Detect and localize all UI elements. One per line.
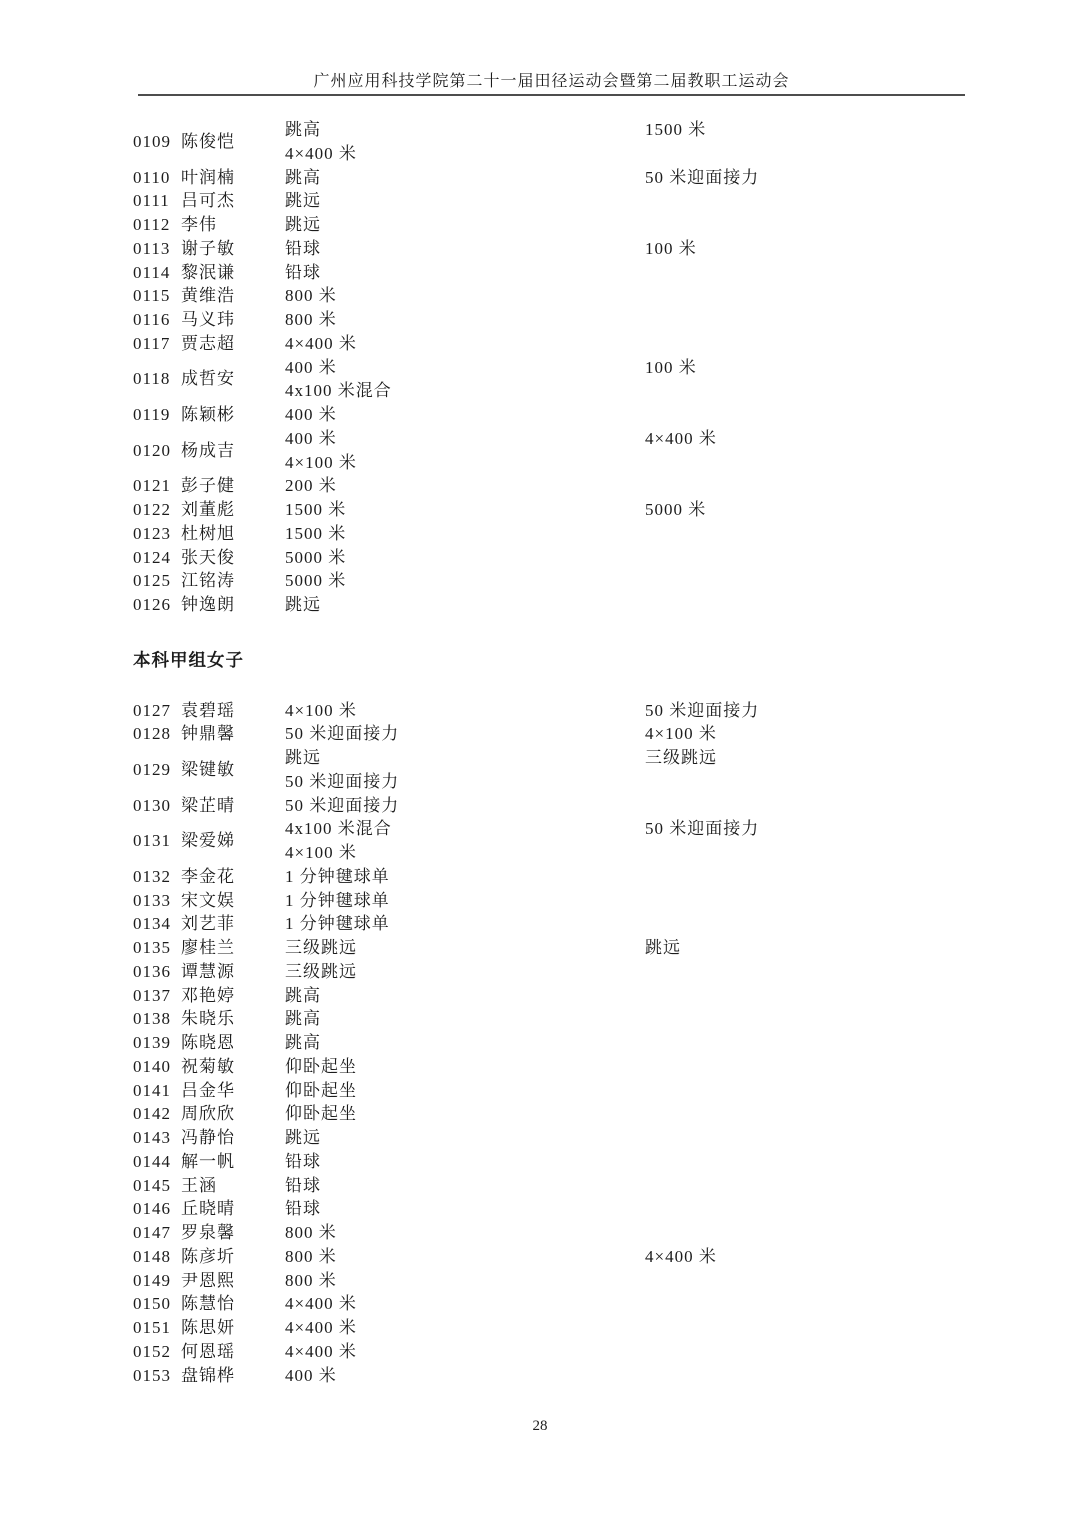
athlete-id: 0113: [133, 237, 181, 261]
athlete-extra-event: 4×100 米: [645, 722, 965, 746]
event-entry: 50 米迎面接力: [285, 794, 645, 818]
athlete-events: 铅球: [285, 237, 645, 261]
athlete-events: 跳远: [285, 213, 645, 237]
athlete-events: 跳远: [285, 1126, 645, 1150]
athlete-name: 马义玮: [181, 308, 285, 332]
event-entry: 800 米: [285, 308, 645, 332]
event-entry: 4×100 米: [285, 699, 645, 723]
athlete-extra-event: 1500 米: [645, 118, 965, 142]
roster-row: 0139 陈晓恩 跳高: [133, 1031, 965, 1055]
athlete-id: 0122: [133, 498, 181, 522]
athlete-extra-event: 50 米迎面接力: [645, 817, 965, 841]
athlete-id: 0123: [133, 522, 181, 546]
athlete-name: 周欣欣: [181, 1102, 285, 1126]
event-entry: 三级跳远: [285, 960, 645, 984]
athlete-events: 铅球: [285, 261, 645, 285]
athlete-id: 0150: [133, 1292, 181, 1316]
athlete-name: 陈晓恩: [181, 1031, 285, 1055]
athlete-id: 0141: [133, 1079, 181, 1103]
roster-row: 0124 张天俊 5000 米: [133, 546, 965, 570]
athlete-id: 0143: [133, 1126, 181, 1150]
athlete-events: 50 米迎面接力: [285, 794, 645, 818]
athlete-extra-event: 5000 米: [645, 498, 965, 522]
roster-row: 0147 罗泉馨 800 米: [133, 1221, 965, 1245]
athlete-id: 0120: [133, 439, 181, 463]
athlete-extra-event: 4×400 米: [645, 427, 965, 451]
roster-row: 0131 梁爱娣 4x100 米混合4×100 米 50 米迎面接力: [133, 817, 965, 865]
roster-row: 0135 廖桂兰 三级跳远 跳远: [133, 936, 965, 960]
event-entry: 跳高: [285, 1031, 645, 1055]
event-entry: 400 米: [285, 403, 645, 427]
roster-row: 0114 黎泯谦 铅球: [133, 261, 965, 285]
roster-row: 0146 丘晓晴 铅球: [133, 1197, 965, 1221]
roster-row: 0143 冯静怡 跳远: [133, 1126, 965, 1150]
roster-row: 0121 彭子健 200 米: [133, 474, 965, 498]
roster-row: 0129 梁键敏 跳远50 米迎面接力 三级跳远: [133, 746, 965, 794]
athlete-events: 50 米迎面接力: [285, 722, 645, 746]
event-entry: 1 分钟毽球单: [285, 889, 645, 913]
roster-row: 0141 吕金华 仰卧起坐: [133, 1079, 965, 1103]
event-entry: 1 分钟毽球单: [285, 912, 645, 936]
event-entry: 跳高: [285, 1007, 645, 1031]
event-entry: 4x100 米混合: [285, 817, 645, 841]
event-entry: 50 米迎面接力: [285, 722, 645, 746]
athlete-events: 跳高4×400 米: [285, 118, 645, 166]
athlete-events: 1500 米: [285, 522, 645, 546]
athlete-events: 三级跳远: [285, 960, 645, 984]
athlete-id: 0125: [133, 569, 181, 593]
event-entry: 50 米迎面接力: [285, 770, 645, 794]
event-entry: 800 米: [285, 1269, 645, 1293]
athlete-extra-event: 三级跳远: [645, 746, 965, 770]
athlete-events: 400 米4×100 米: [285, 427, 645, 475]
roster-row: 0111 吕可杰 跳远: [133, 189, 965, 213]
athlete-id: 0132: [133, 865, 181, 889]
roster-row: 0123 杜树旭 1500 米: [133, 522, 965, 546]
athlete-events: 5000 米: [285, 546, 645, 570]
roster-row: 0122 刘董彪 1500 米 5000 米: [133, 498, 965, 522]
athlete-id: 0124: [133, 546, 181, 570]
event-entry: 铅球: [285, 237, 645, 261]
athlete-id: 0152: [133, 1340, 181, 1364]
athlete-id: 0149: [133, 1269, 181, 1293]
header-rule: [138, 94, 965, 96]
athlete-name: 王涵: [181, 1174, 285, 1198]
athlete-events: 200 米: [285, 474, 645, 498]
roster-row: 0112 李伟 跳远: [133, 213, 965, 237]
athlete-events: 三级跳远: [285, 936, 645, 960]
athlete-id: 0110: [133, 166, 181, 190]
athlete-events: 800 米: [285, 1269, 645, 1293]
page-number: 28: [0, 1418, 1080, 1435]
athlete-name: 陈俊恺: [181, 130, 285, 154]
athlete-events: 4×400 米: [285, 1316, 645, 1340]
athlete-name: 罗泉馨: [181, 1221, 285, 1245]
athlete-extra-event: 4×400 米: [645, 1245, 965, 1269]
athlete-extra-event: 50 米迎面接力: [645, 166, 965, 190]
athlete-events: 400 米4x100 米混合: [285, 356, 645, 404]
athlete-events: 跳远50 米迎面接力: [285, 746, 645, 794]
athlete-name: 尹恩熙: [181, 1269, 285, 1293]
athlete-name: 李金花: [181, 865, 285, 889]
event-entry: 跳高: [285, 166, 645, 190]
athlete-events: 铅球: [285, 1150, 645, 1174]
event-entry: 4x100 米混合: [285, 379, 645, 403]
event-entry: 铅球: [285, 1197, 645, 1221]
athlete-name: 李伟: [181, 213, 285, 237]
athlete-name: 叶润楠: [181, 166, 285, 190]
event-entry: 4×400 米: [285, 1340, 645, 1364]
roster-row: 0153 盘锦桦 400 米: [133, 1364, 965, 1388]
athlete-name: 张天俊: [181, 546, 285, 570]
athlete-id: 0138: [133, 1007, 181, 1031]
roster-row: 0132 李金花 1 分钟毽球单: [133, 865, 965, 889]
roster-row: 0126 钟逸朗 跳远: [133, 593, 965, 617]
document-page: 广州应用科技学院第二十一届田径运动会暨第二届教职工运动会 0109 陈俊恺 跳高…: [0, 0, 1080, 1515]
athlete-name: 刘艺菲: [181, 912, 285, 936]
roster-row: 0136 谭慧源 三级跳远: [133, 960, 965, 984]
event-entry: 跳远: [285, 213, 645, 237]
roster-row: 0109 陈俊恺 跳高4×400 米 1500 米: [133, 118, 965, 166]
roster-row: 0130 梁芷晴 50 米迎面接力: [133, 794, 965, 818]
event-entry: 5000 米: [285, 569, 645, 593]
event-entry: 4×400 米: [285, 1292, 645, 1316]
athlete-name: 黎泯谦: [181, 261, 285, 285]
roster-row: 0120 杨成吉 400 米4×100 米 4×400 米: [133, 427, 965, 475]
event-entry: 4×100 米: [285, 841, 645, 865]
athlete-name: 陈慧怡: [181, 1292, 285, 1316]
athlete-name: 袁碧瑶: [181, 699, 285, 723]
athlete-name: 江铭涛: [181, 569, 285, 593]
athlete-name: 杨成吉: [181, 439, 285, 463]
athlete-events: 跳高: [285, 1007, 645, 1031]
athlete-name: 梁芷晴: [181, 794, 285, 818]
athlete-name: 吕可杰: [181, 189, 285, 213]
athlete-id: 0147: [133, 1221, 181, 1245]
athlete-id: 0121: [133, 474, 181, 498]
event-entry: 4×100 米: [285, 451, 645, 475]
athlete-roster: 0109 陈俊恺 跳高4×400 米 1500 米 0110 叶润楠 跳高 50…: [133, 118, 965, 1387]
athlete-name: 丘晓晴: [181, 1197, 285, 1221]
athlete-id: 0139: [133, 1031, 181, 1055]
athlete-events: 4×400 米: [285, 1340, 645, 1364]
event-entry: 4×400 米: [285, 142, 645, 166]
roster-row: 0137 邓艳婷 跳高: [133, 984, 965, 1008]
roster-row: 0151 陈思妍 4×400 米: [133, 1316, 965, 1340]
athlete-events: 5000 米: [285, 569, 645, 593]
athlete-name: 陈颖彬: [181, 403, 285, 427]
athlete-id: 0116: [133, 308, 181, 332]
event-entry: 400 米: [285, 427, 645, 451]
athlete-events: 仰卧起坐: [285, 1055, 645, 1079]
event-entry: 跳远: [285, 1126, 645, 1150]
athlete-events: 跳高: [285, 166, 645, 190]
athlete-name: 谭慧源: [181, 960, 285, 984]
roster-row: 0144 解一帆 铅球: [133, 1150, 965, 1174]
event-entry: 200 米: [285, 474, 645, 498]
roster-row: 0148 陈彦圻 800 米 4×400 米: [133, 1245, 965, 1269]
athlete-id: 0135: [133, 936, 181, 960]
athlete-id: 0118: [133, 367, 181, 391]
roster-row: 0128 钟鼎馨 50 米迎面接力 4×100 米: [133, 722, 965, 746]
athlete-id: 0117: [133, 332, 181, 356]
event-entry: 5000 米: [285, 546, 645, 570]
athlete-name: 解一帆: [181, 1150, 285, 1174]
page-header-title: 广州应用科技学院第二十一届田径运动会暨第二届教职工运动会: [138, 68, 965, 91]
roster-row: 0149 尹恩熙 800 米: [133, 1269, 965, 1293]
athlete-events: 4x100 米混合4×100 米: [285, 817, 645, 865]
event-entry: 跳远: [285, 189, 645, 213]
event-entry: 仰卧起坐: [285, 1055, 645, 1079]
athlete-id: 0131: [133, 829, 181, 853]
athlete-events: 1500 米: [285, 498, 645, 522]
athlete-name: 黄维浩: [181, 284, 285, 308]
athlete-extra-event: 跳远: [645, 936, 965, 960]
athlete-events: 跳高: [285, 984, 645, 1008]
event-entry: 1500 米: [285, 522, 645, 546]
athlete-name: 贾志超: [181, 332, 285, 356]
event-entry: 仰卧起坐: [285, 1079, 645, 1103]
roster-row: 0133 宋文娱 1 分钟毽球单: [133, 889, 965, 913]
roster-row: 0138 朱晓乐 跳高: [133, 1007, 965, 1031]
athlete-name: 钟鼎馨: [181, 722, 285, 746]
athlete-name: 邓艳婷: [181, 984, 285, 1008]
roster-row: 0150 陈慧怡 4×400 米: [133, 1292, 965, 1316]
event-entry: 4×400 米: [285, 1316, 645, 1340]
athlete-name: 廖桂兰: [181, 936, 285, 960]
athlete-events: 400 米: [285, 1364, 645, 1388]
roster-row: 0152 何恩瑶 4×400 米: [133, 1340, 965, 1364]
athlete-id: 0126: [133, 593, 181, 617]
athlete-events: 400 米: [285, 403, 645, 427]
roster-row: 0115 黄维浩 800 米: [133, 284, 965, 308]
athlete-id: 0134: [133, 912, 181, 936]
athlete-name: 宋文娱: [181, 889, 285, 913]
event-entry: 铅球: [285, 261, 645, 285]
athlete-id: 0144: [133, 1150, 181, 1174]
athlete-events: 仰卧起坐: [285, 1102, 645, 1126]
athlete-name: 朱晓乐: [181, 1007, 285, 1031]
athlete-id: 0130: [133, 794, 181, 818]
athlete-id: 0153: [133, 1364, 181, 1388]
athlete-name: 祝菊敏: [181, 1055, 285, 1079]
athlete-events: 仰卧起坐: [285, 1079, 645, 1103]
athlete-events: 1 分钟毽球单: [285, 912, 645, 936]
athlete-id: 0127: [133, 699, 181, 723]
event-entry: 1 分钟毽球单: [285, 865, 645, 889]
athlete-extra-event: 100 米: [645, 356, 965, 380]
athlete-events: 800 米: [285, 308, 645, 332]
roster-row: 0117 贾志超 4×400 米: [133, 332, 965, 356]
event-entry: 400 米: [285, 1364, 645, 1388]
athlete-name: 盘锦桦: [181, 1364, 285, 1388]
event-entry: 800 米: [285, 284, 645, 308]
athlete-id: 0142: [133, 1102, 181, 1126]
athlete-events: 1 分钟毽球单: [285, 865, 645, 889]
athlete-name: 刘董彪: [181, 498, 285, 522]
athlete-id: 0133: [133, 889, 181, 913]
athlete-id: 0145: [133, 1174, 181, 1198]
roster-row: 0116 马义玮 800 米: [133, 308, 965, 332]
athlete-name: 成哲安: [181, 367, 285, 391]
roster-row: 0119 陈颖彬 400 米: [133, 403, 965, 427]
event-entry: 400 米: [285, 356, 645, 380]
event-entry: 800 米: [285, 1245, 645, 1269]
athlete-id: 0114: [133, 261, 181, 285]
section-title: 本科甲组女子: [133, 649, 965, 673]
athlete-id: 0119: [133, 403, 181, 427]
roster-row: 0118 成哲安 400 米4x100 米混合 100 米: [133, 356, 965, 404]
athlete-id: 0115: [133, 284, 181, 308]
athlete-events: 铅球: [285, 1174, 645, 1198]
roster-row: 0142 周欣欣 仰卧起坐: [133, 1102, 965, 1126]
athlete-id: 0109: [133, 130, 181, 154]
event-entry: 跳高: [285, 984, 645, 1008]
athlete-name: 谢子敏: [181, 237, 285, 261]
athlete-events: 800 米: [285, 1245, 645, 1269]
athlete-events: 4×100 米: [285, 699, 645, 723]
athlete-id: 0128: [133, 722, 181, 746]
event-entry: 三级跳远: [285, 936, 645, 960]
athlete-name: 陈彦圻: [181, 1245, 285, 1269]
athlete-id: 0112: [133, 213, 181, 237]
athlete-name: 钟逸朗: [181, 593, 285, 617]
athlete-name: 何恩瑶: [181, 1340, 285, 1364]
athlete-id: 0136: [133, 960, 181, 984]
roster-row: 0145 王涵 铅球: [133, 1174, 965, 1198]
athlete-name: 彭子健: [181, 474, 285, 498]
event-entry: 仰卧起坐: [285, 1102, 645, 1126]
event-entry: 铅球: [285, 1174, 645, 1198]
roster-row: 0110 叶润楠 跳高 50 米迎面接力: [133, 166, 965, 190]
athlete-events: 4×400 米: [285, 332, 645, 356]
athlete-name: 吕金华: [181, 1079, 285, 1103]
athlete-name: 冯静怡: [181, 1126, 285, 1150]
roster-row: 0125 江铭涛 5000 米: [133, 569, 965, 593]
athlete-id: 0151: [133, 1316, 181, 1340]
event-entry: 跳远: [285, 593, 645, 617]
event-entry: 4×400 米: [285, 332, 645, 356]
event-entry: 跳高: [285, 118, 645, 142]
event-entry: 跳远: [285, 746, 645, 770]
athlete-events: 铅球: [285, 1197, 645, 1221]
athlete-events: 4×400 米: [285, 1292, 645, 1316]
roster-row: 0134 刘艺菲 1 分钟毽球单: [133, 912, 965, 936]
athlete-name: 陈思妍: [181, 1316, 285, 1340]
athlete-extra-event: 100 米: [645, 237, 965, 261]
athlete-extra-event: 50 米迎面接力: [645, 699, 965, 723]
athlete-name: 杜树旭: [181, 522, 285, 546]
athlete-events: 跳远: [285, 189, 645, 213]
athlete-events: 800 米: [285, 284, 645, 308]
roster-row: 0113 谢子敏 铅球 100 米: [133, 237, 965, 261]
athlete-events: 跳远: [285, 593, 645, 617]
roster-row: 0140 祝菊敏 仰卧起坐: [133, 1055, 965, 1079]
athlete-name: 梁爱娣: [181, 829, 285, 853]
roster-row: 0127 袁碧瑶 4×100 米 50 米迎面接力: [133, 699, 965, 723]
athlete-name: 梁键敏: [181, 758, 285, 782]
athlete-id: 0129: [133, 758, 181, 782]
event-entry: 800 米: [285, 1221, 645, 1245]
athlete-events: 800 米: [285, 1221, 645, 1245]
athlete-events: 跳高: [285, 1031, 645, 1055]
athlete-id: 0148: [133, 1245, 181, 1269]
event-entry: 铅球: [285, 1150, 645, 1174]
athlete-id: 0137: [133, 984, 181, 1008]
athlete-events: 1 分钟毽球单: [285, 889, 645, 913]
event-entry: 1500 米: [285, 498, 645, 522]
athlete-id: 0111: [133, 189, 181, 213]
athlete-id: 0140: [133, 1055, 181, 1079]
athlete-id: 0146: [133, 1197, 181, 1221]
